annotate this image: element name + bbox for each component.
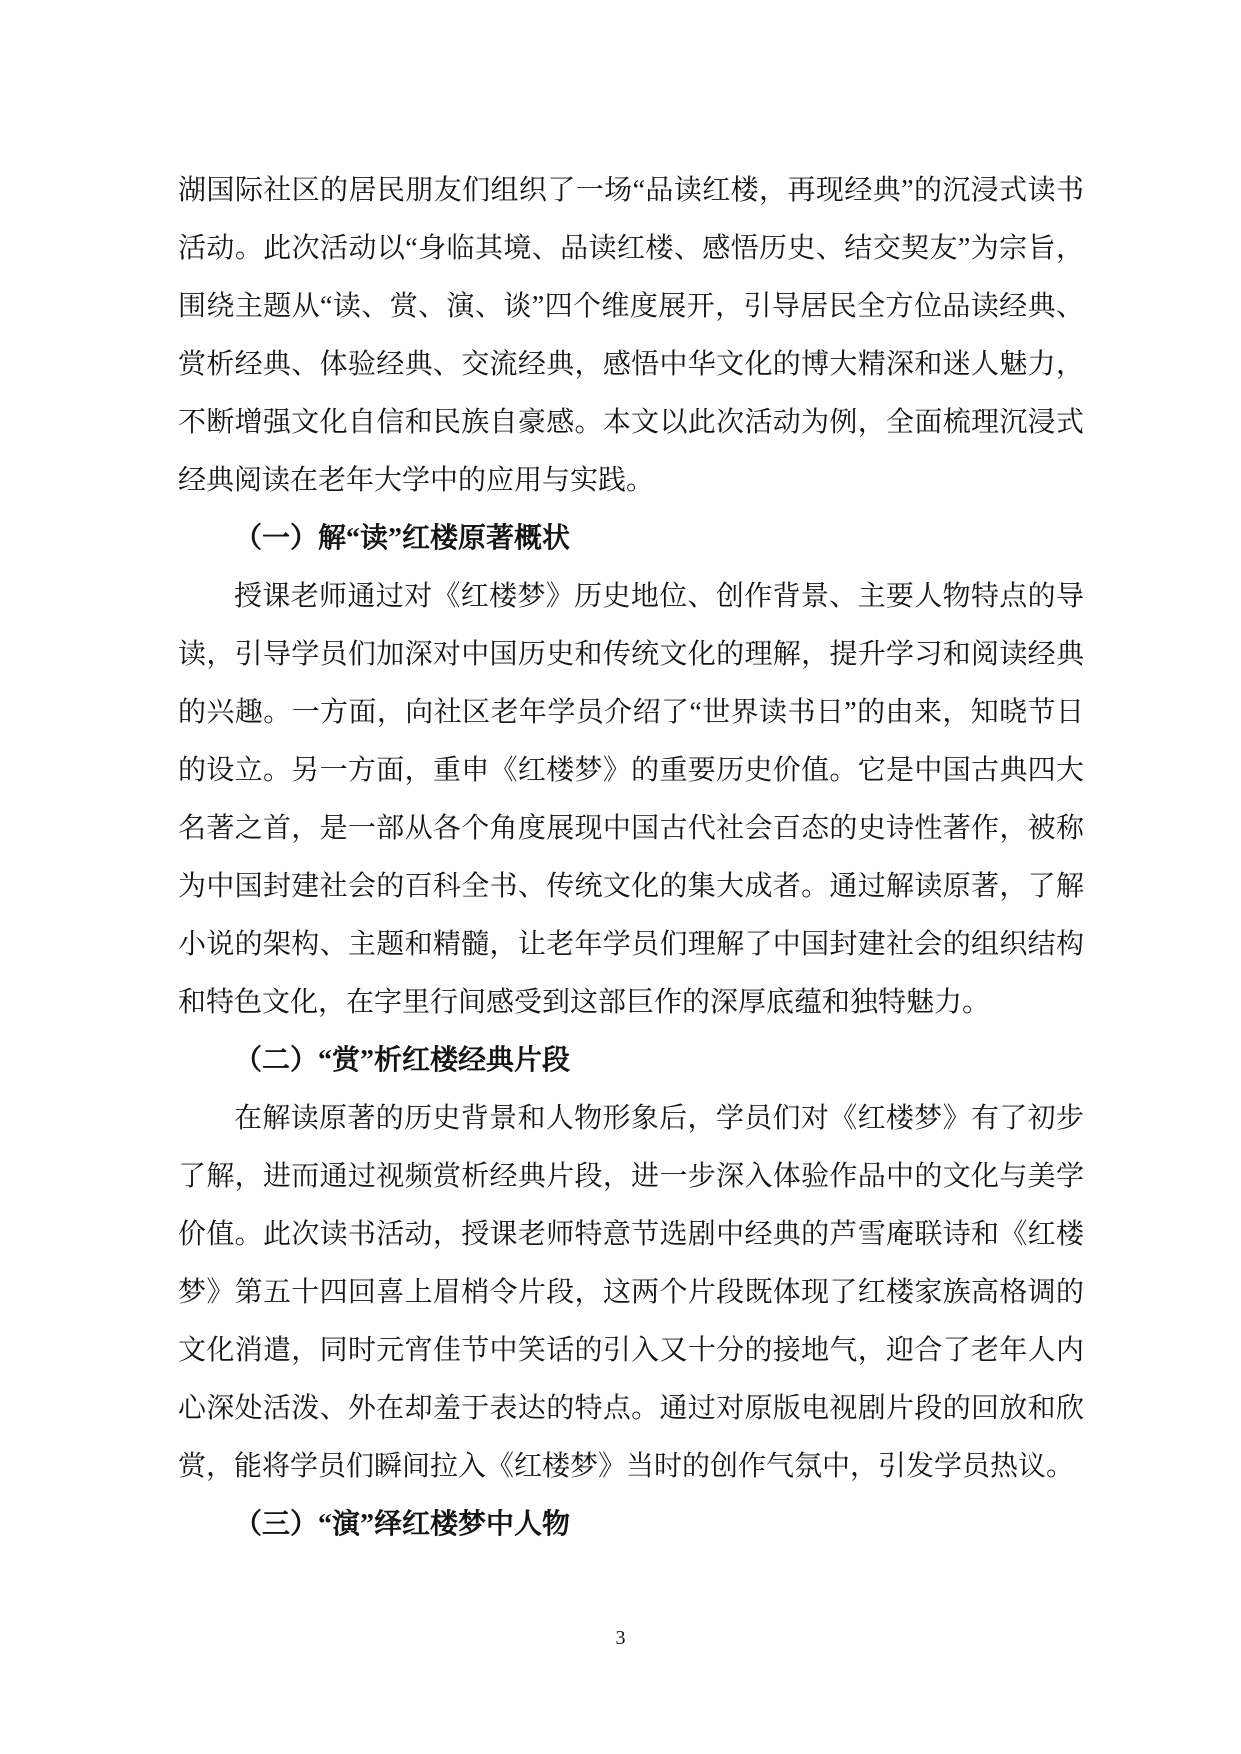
paragraph-section-1: 授课老师通过对《红楼梦》历史地位、创作背景、主要人物特点的导读，引导学员们加深对…: [178, 568, 1084, 1032]
page-number: 3: [0, 1626, 1241, 1650]
section-heading-3: （三）“演”绎红楼梦中人物: [178, 1496, 1084, 1554]
paragraph-section-2: 在解读原著的历史背景和人物形象后，学员们对《红楼梦》有了初步了解，进而通过视频赏…: [178, 1090, 1084, 1496]
document-page: 湖国际社区的居民朋友们组织了一场“品读红楼，再现经典”的沉浸式读书活动。此次活动…: [0, 0, 1241, 1754]
document-body: 湖国际社区的居民朋友们组织了一场“品读红楼，再现经典”的沉浸式读书活动。此次活动…: [178, 162, 1084, 1554]
section-heading-2: （二）“赏”析红楼经典片段: [178, 1032, 1084, 1090]
paragraph-continuation: 湖国际社区的居民朋友们组织了一场“品读红楼，再现经典”的沉浸式读书活动。此次活动…: [178, 162, 1084, 510]
section-heading-1: （一）解“读”红楼原著概状: [178, 510, 1084, 568]
